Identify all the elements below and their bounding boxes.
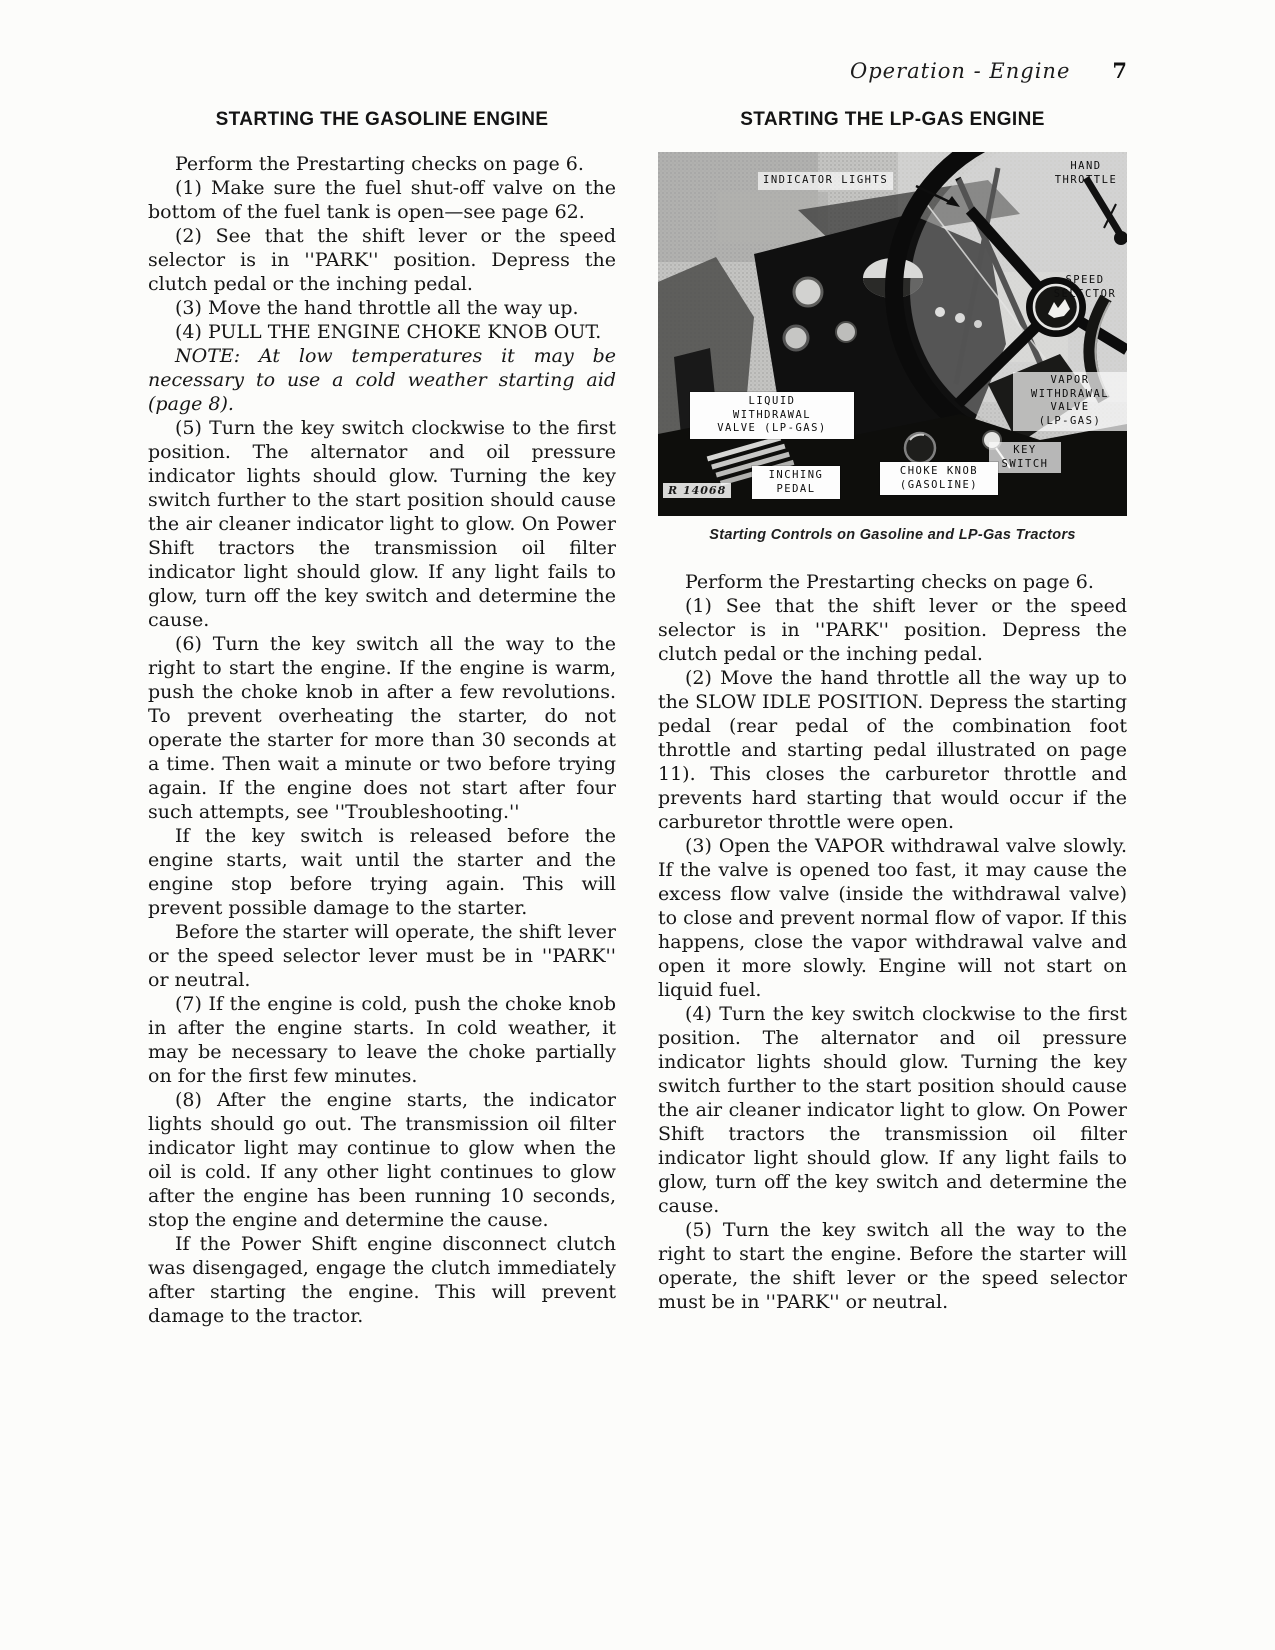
- right-column: STARTING THE LP-GAS ENGINE: [658, 108, 1127, 1314]
- paragraph: If the key switch is released before the…: [148, 824, 616, 920]
- note-paragraph: NOTE: At low temperatures it may be nece…: [148, 344, 616, 416]
- starting-controls-photo: INDICATOR LIGHTS HAND THROTTLE SPEED SEL…: [658, 152, 1127, 516]
- paragraph: Perform the Prestarting checks on page 6…: [658, 570, 1127, 594]
- paragraph: (4) Turn the key switch clockwise to the…: [658, 1002, 1127, 1218]
- paragraph: (1) See that the shift lever or the spee…: [658, 594, 1127, 666]
- photo-label-inching-pedal: INCHING PEDAL: [752, 466, 840, 499]
- paragraph: (7) If the engine is cold, push the chok…: [148, 992, 616, 1088]
- paragraph: (2) Move the hand throttle all the way u…: [658, 666, 1127, 834]
- paragraph: (5) Turn the key switch clockwise to the…: [148, 416, 616, 632]
- paragraph: (5) Turn the key switch all the way to t…: [658, 1218, 1127, 1314]
- paragraph: (2) See that the shift lever or the spee…: [148, 224, 616, 296]
- photo-label-speed-selector: SPEED SELECTOR: [1043, 274, 1127, 301]
- left-column: STARTING THE GASOLINE ENGINE Perform the…: [148, 108, 616, 1328]
- paragraph: (3) Open the VAPOR withdrawal valve slow…: [658, 834, 1127, 1002]
- paragraph: (3) Move the hand throttle all the way u…: [148, 296, 616, 320]
- paragraph: (4) PULL THE ENGINE CHOKE KNOB OUT.: [148, 320, 616, 344]
- photo-label-liquid-withdrawal-valve: LIQUID WITHDRAWAL VALVE (LP-GAS): [690, 392, 854, 439]
- page-number: 7: [1112, 58, 1127, 84]
- figure-caption: Starting Controls on Gasoline and LP-Gas…: [658, 526, 1127, 544]
- paragraph: (1) Make sure the fuel shut-off valve on…: [148, 176, 616, 224]
- photo-label-hand-throttle: HAND THROTTLE: [1047, 160, 1125, 187]
- photo-reference-number: R 14068: [663, 483, 731, 498]
- paragraph: Before the starter will operate, the shi…: [148, 920, 616, 992]
- photo-label-key-switch: KEY SWITCH: [989, 442, 1061, 473]
- paragraph: (6) Turn the key switch all the way to t…: [148, 632, 616, 824]
- paragraph: (8) After the engine starts, the indicat…: [148, 1088, 616, 1232]
- photo-label-indicator-lights: INDICATOR LIGHTS: [758, 172, 893, 190]
- paragraph: Perform the Prestarting checks on page 6…: [148, 152, 616, 176]
- running-header: Operation - Engine 7: [658, 58, 1127, 84]
- left-column-heading: STARTING THE GASOLINE ENGINE: [148, 108, 616, 132]
- paragraph: If the Power Shift engine disconnect clu…: [148, 1232, 616, 1328]
- photo-label-vapor-withdrawal-valve: VAPOR WITHDRAWAL VALVE (LP-GAS): [1013, 372, 1127, 431]
- photo-label-choke-knob: CHOKE KNOB (GASOLINE): [880, 462, 998, 495]
- right-column-heading: STARTING THE LP-GAS ENGINE: [658, 108, 1127, 132]
- section-title: Operation - Engine: [850, 58, 1070, 84]
- manual-page: Operation - Engine 7 STARTING THE GASOLI…: [0, 0, 1275, 1650]
